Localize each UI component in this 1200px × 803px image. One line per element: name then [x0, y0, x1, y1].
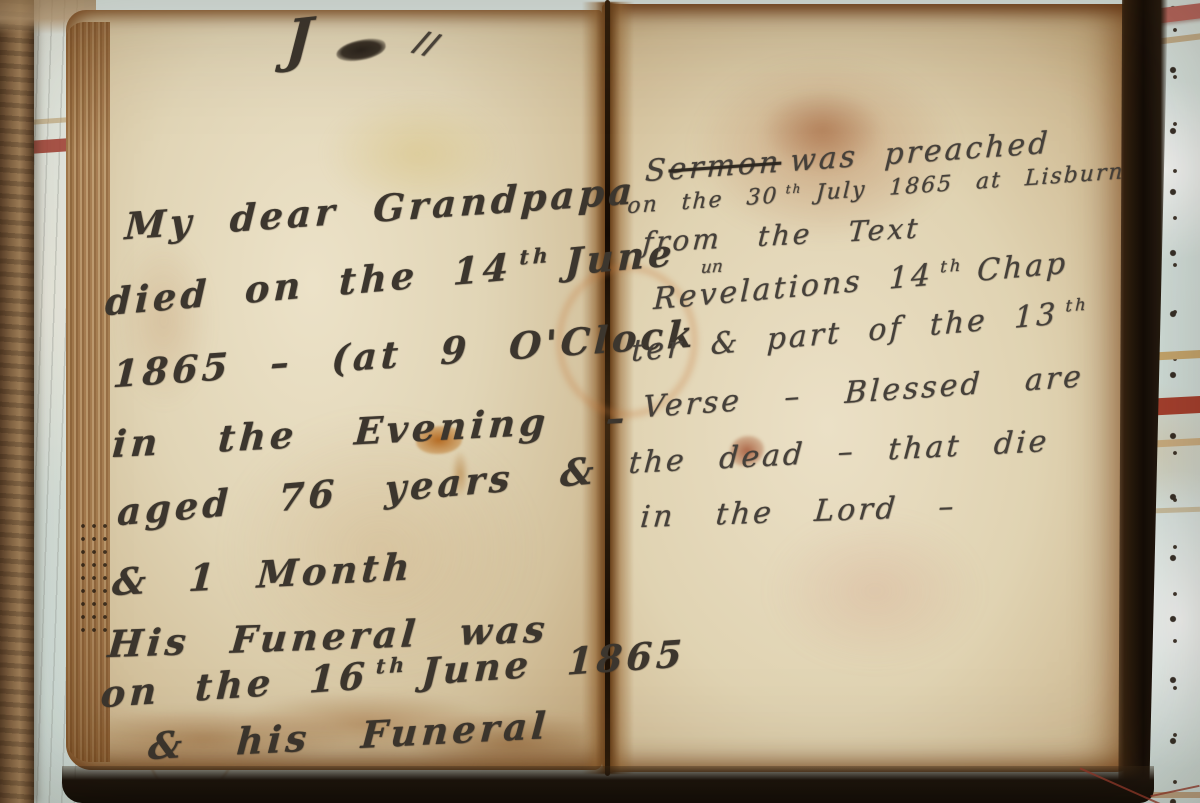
photo-vignette	[0, 0, 1200, 803]
photograph-open-diary: J // My dear Grandpapa died on the 14thJ…	[0, 0, 1200, 803]
